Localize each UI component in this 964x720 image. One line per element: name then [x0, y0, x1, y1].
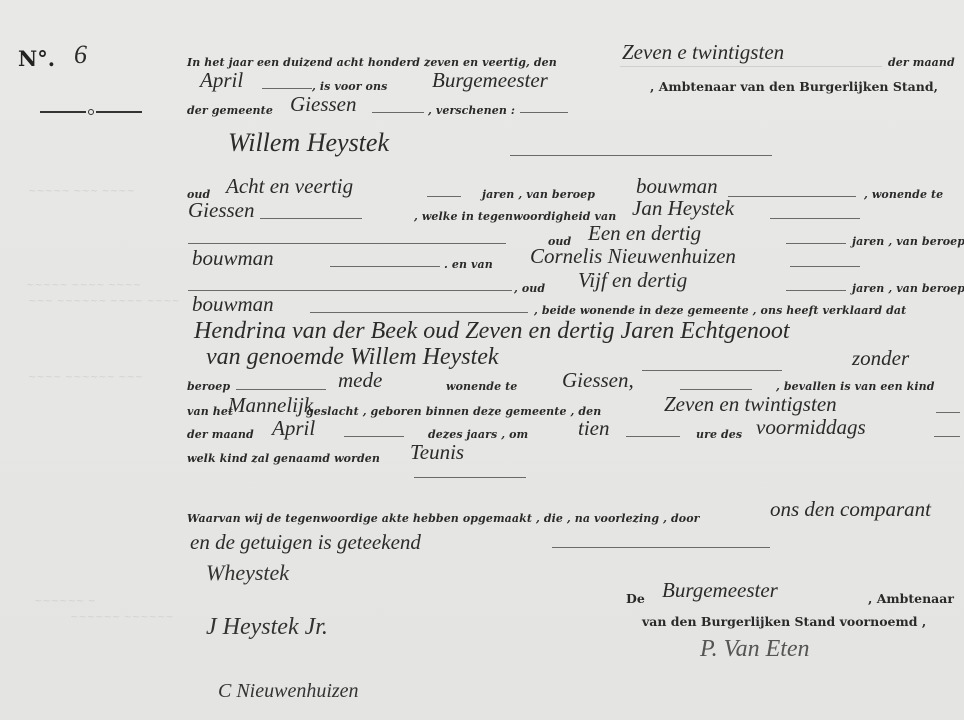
- bleed-through-text: ~~~ ~~~~~~ ~~~~ ~~~~: [28, 296, 180, 307]
- hw-witness1-age: Een en dertig: [588, 221, 701, 246]
- hw-day: Zeven e twintigsten: [622, 40, 784, 65]
- signature-registrar: P. Van Eten: [700, 636, 810, 663]
- bleed-through-text: ~~~~~~ ~~~~~~: [70, 612, 174, 623]
- hw-birth-day: Zeven en twintigsten: [664, 392, 837, 417]
- hw-mede: mede: [338, 368, 382, 393]
- record-number-label: N°.: [18, 46, 55, 71]
- printed-waarvan: Waarvan wij de tegenwoordige akte hebben…: [187, 512, 700, 525]
- printed-geslacht: geslacht , geboren binnen deze gemeente …: [306, 405, 601, 418]
- hw-witness2-occupation: bouwman: [192, 292, 274, 317]
- printed-voornoemd: van den Burgerlijken Stand voornoemd ,: [642, 614, 926, 629]
- hw-mother-line-2: van genoemde Willem Heystek: [206, 344, 499, 371]
- hw-signed-by: ons den comparant: [770, 497, 931, 522]
- ornament-divider: [40, 109, 142, 115]
- signature-father: Wheystek: [206, 560, 289, 586]
- hw-birth-hour: tien: [578, 416, 610, 441]
- hw-closing-title: Burgemeester: [662, 578, 778, 603]
- printed-der-gemeente: der gemeente: [187, 104, 273, 117]
- hw-witness2-name: Cornelis Nieuwenhuizen: [530, 244, 736, 269]
- hw-month: April: [200, 68, 243, 93]
- printed-jaren-beroep-2: jaren , van beroep: [852, 235, 964, 248]
- printed-der-maand: der maand: [888, 56, 955, 69]
- hw-father-name: Willem Heystek: [228, 128, 389, 158]
- bleed-through-text: ~~~~~ ~~~ ~~~~: [28, 186, 135, 197]
- bleed-through-text: ~~~~ ~~~~~~ ~~~: [28, 372, 143, 383]
- printed-ambtenaar: , Ambtenaar van den Burgerlijken Stand,: [650, 79, 938, 94]
- hw-witness1-name: Jan Heystek: [632, 196, 734, 221]
- printed-oud-3: , oud: [514, 282, 545, 295]
- hw-father-age: Acht en veertig: [226, 174, 353, 199]
- printed-beroep: beroep: [187, 380, 230, 393]
- hw-witness2-age: Vijf en dertig: [578, 268, 687, 293]
- bleed-through-text: ~~~~~~ ~: [34, 596, 96, 607]
- hw-witness1-occupation: bouwman: [192, 246, 274, 271]
- signature-witness-1: J Heystek Jr.: [206, 614, 328, 641]
- printed-van-het: van het: [187, 405, 233, 418]
- hw-signed-by-2: en de getuigen is geteekend: [190, 530, 421, 555]
- bleed-through-text: ~~~~~ ~~~~ ~~~~: [26, 280, 141, 291]
- signature-witness-2: C Nieuwenhuizen: [218, 680, 359, 703]
- hw-sex: Mannelijk: [228, 393, 313, 418]
- printed-wonende-te: , wonende te: [864, 188, 943, 201]
- printed-ambtenaar-2: , Ambtenaar: [868, 591, 954, 606]
- hw-father-residence: Giessen: [188, 198, 255, 223]
- hw-official-title: Burgemeester: [432, 68, 548, 93]
- hw-mother-occupation: zonder: [852, 346, 909, 371]
- printed-verschenen: , verschenen :: [428, 104, 515, 117]
- printed-de: De: [626, 591, 645, 606]
- printed-ure-des: ure des: [696, 428, 742, 441]
- printed-jaren-beroep: jaren , van beroep: [482, 188, 595, 201]
- printed-der-maand-2: der maand: [187, 428, 254, 441]
- printed-wonende-te-2: wonende te: [446, 380, 517, 393]
- document-page: ~~~~~ ~~~ ~~~~ ~~~~~ ~~~~ ~~~~ ~~~ ~~~~~…: [0, 0, 964, 720]
- record-number-value: 6: [74, 40, 87, 70]
- printed-welk-kind: welk kind zal genaamd worden: [187, 452, 380, 465]
- printed-en-van: . en van: [444, 258, 493, 271]
- hw-municipality: Giessen: [290, 92, 357, 117]
- hw-birth-residence: Giessen,: [562, 368, 634, 393]
- printed-beide-wonende: , beide wonende in deze gemeente , ons h…: [534, 304, 906, 317]
- hw-birth-month: April: [272, 416, 315, 441]
- printed-jaren-beroep-3: jaren , van beroep: [852, 282, 964, 295]
- hw-time-of-day: voormiddags: [756, 415, 866, 440]
- hw-child-name: Teunis: [410, 440, 464, 465]
- hw-mother-line: Hendrina van der Beek oud Zeven en derti…: [194, 318, 790, 345]
- printed-welke: , welke in tegenwoordigheid van: [414, 210, 616, 223]
